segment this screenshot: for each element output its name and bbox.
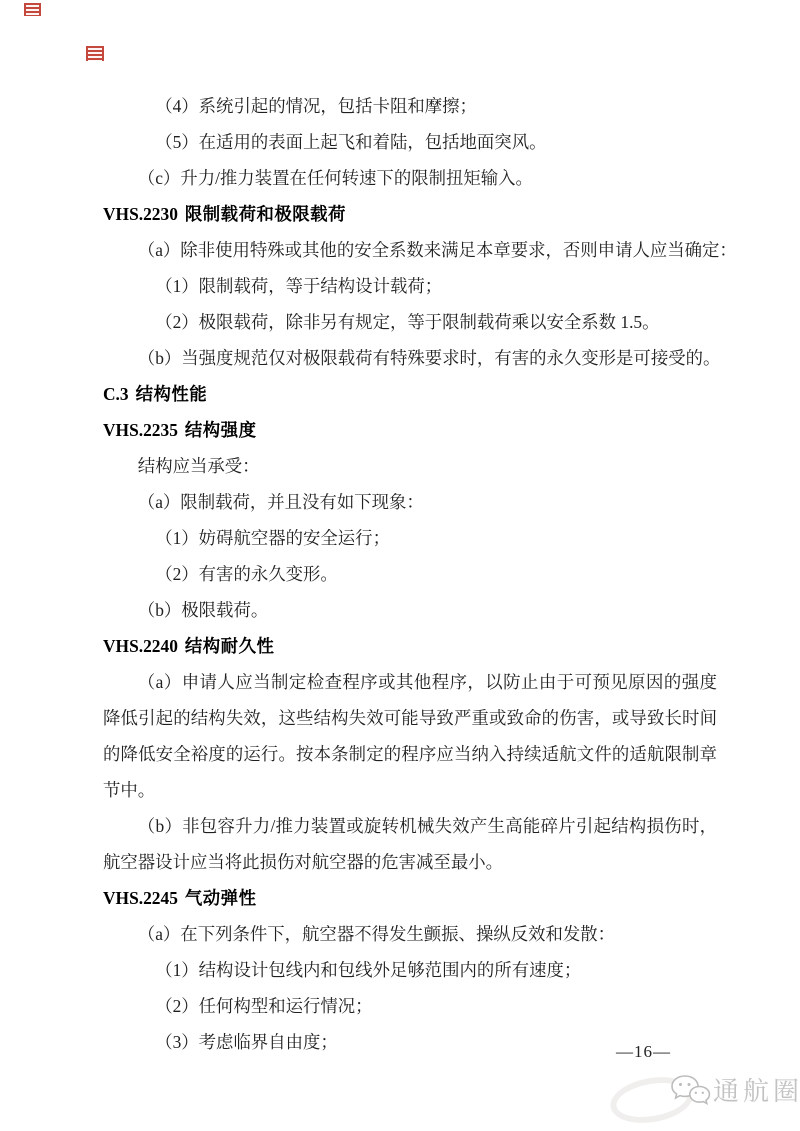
list-item: （2）极限载荷，除非另有规定，等于限制载荷乘以安全系数 1.5。	[103, 304, 717, 340]
list-item: （2）任何构型和运行情况；	[103, 988, 717, 1024]
section-number: VHS.2245	[103, 888, 178, 908]
section-number: VHS.2235	[103, 420, 178, 440]
list-item: （1）限制载荷，等于结构设计载荷；	[103, 268, 717, 304]
list-item: （4）系统引起的情况，包括卡阻和摩擦；	[103, 88, 717, 124]
paragraph: （a）申请人应当制定检查程序或其他程序，以防止由于可预见原因的强度降低引起的结构…	[103, 664, 717, 808]
section-title: 结构强度	[185, 420, 257, 440]
list-item: （2）有害的永久变形。	[103, 556, 717, 592]
section-heading-vhs2230: VHS.2230限制载荷和极限载荷	[103, 196, 717, 232]
section-heading-vhs2235: VHS.2235结构强度	[103, 412, 717, 448]
list-item: （a）在下列条件下，航空器不得发生颤振、操纵反效和发散：	[103, 916, 717, 952]
list-item: （c）升力/推力装置在任何转速下的限制扭矩输入。	[103, 160, 717, 196]
list-item: （a）限制载荷，并且没有如下现象：	[103, 484, 717, 520]
list-item: （1）结构设计包线内和包线外足够范围内的所有速度；	[103, 952, 717, 988]
list-item: （5）在适用的表面上起飞和着陆，包括地面突风。	[103, 124, 717, 160]
list-item: （b）当强度规范仅对极限载荷有特殊要求时，有害的永久变形是可接受的。	[103, 340, 717, 376]
list-item: （1）妨碍航空器的安全运行；	[103, 520, 717, 556]
wechat-bubbles-icon	[670, 1072, 712, 1117]
section-heading-c3: C.3结构性能	[103, 376, 717, 412]
section-number: VHS.2230	[103, 204, 178, 224]
section-number: C.3	[103, 384, 129, 404]
paragraph: （b）非包容升力/推力装置或旋转机械失效产生高能碎片引起结构损伤时，航空器设计应…	[103, 808, 717, 880]
document-page: （4）系统引起的情况，包括卡阻和摩擦； （5）在适用的表面上起飞和着陆，包括地面…	[0, 0, 800, 1131]
list-item: （b）极限载荷。	[103, 592, 717, 628]
section-heading-vhs2245: VHS.2245气动弹性	[103, 880, 717, 916]
section-title: 气动弹性	[185, 888, 257, 908]
list-item: （a）除非使用特殊或其他的安全系数来满足本章要求，否则申请人应当确定：	[103, 232, 717, 268]
document-body: （4）系统引起的情况，包括卡阻和摩擦； （5）在适用的表面上起飞和着陆，包括地面…	[103, 88, 717, 1060]
section-number: VHS.2240	[103, 636, 178, 656]
section-title: 结构耐久性	[185, 636, 274, 656]
section-title: 结构性能	[136, 384, 208, 404]
page-number: —16—	[616, 1040, 671, 1064]
list-item: 结构应当承受：	[103, 448, 717, 484]
section-heading-vhs2240: VHS.2240结构耐久性	[103, 628, 717, 664]
red-stamp-mark-2	[86, 46, 104, 61]
section-title: 限制载荷和极限载荷	[185, 204, 346, 224]
watermark-text: 通航圈	[713, 1076, 800, 1106]
watermark: 通航圈	[600, 1066, 795, 1122]
red-stamp-mark-1	[24, 3, 41, 16]
